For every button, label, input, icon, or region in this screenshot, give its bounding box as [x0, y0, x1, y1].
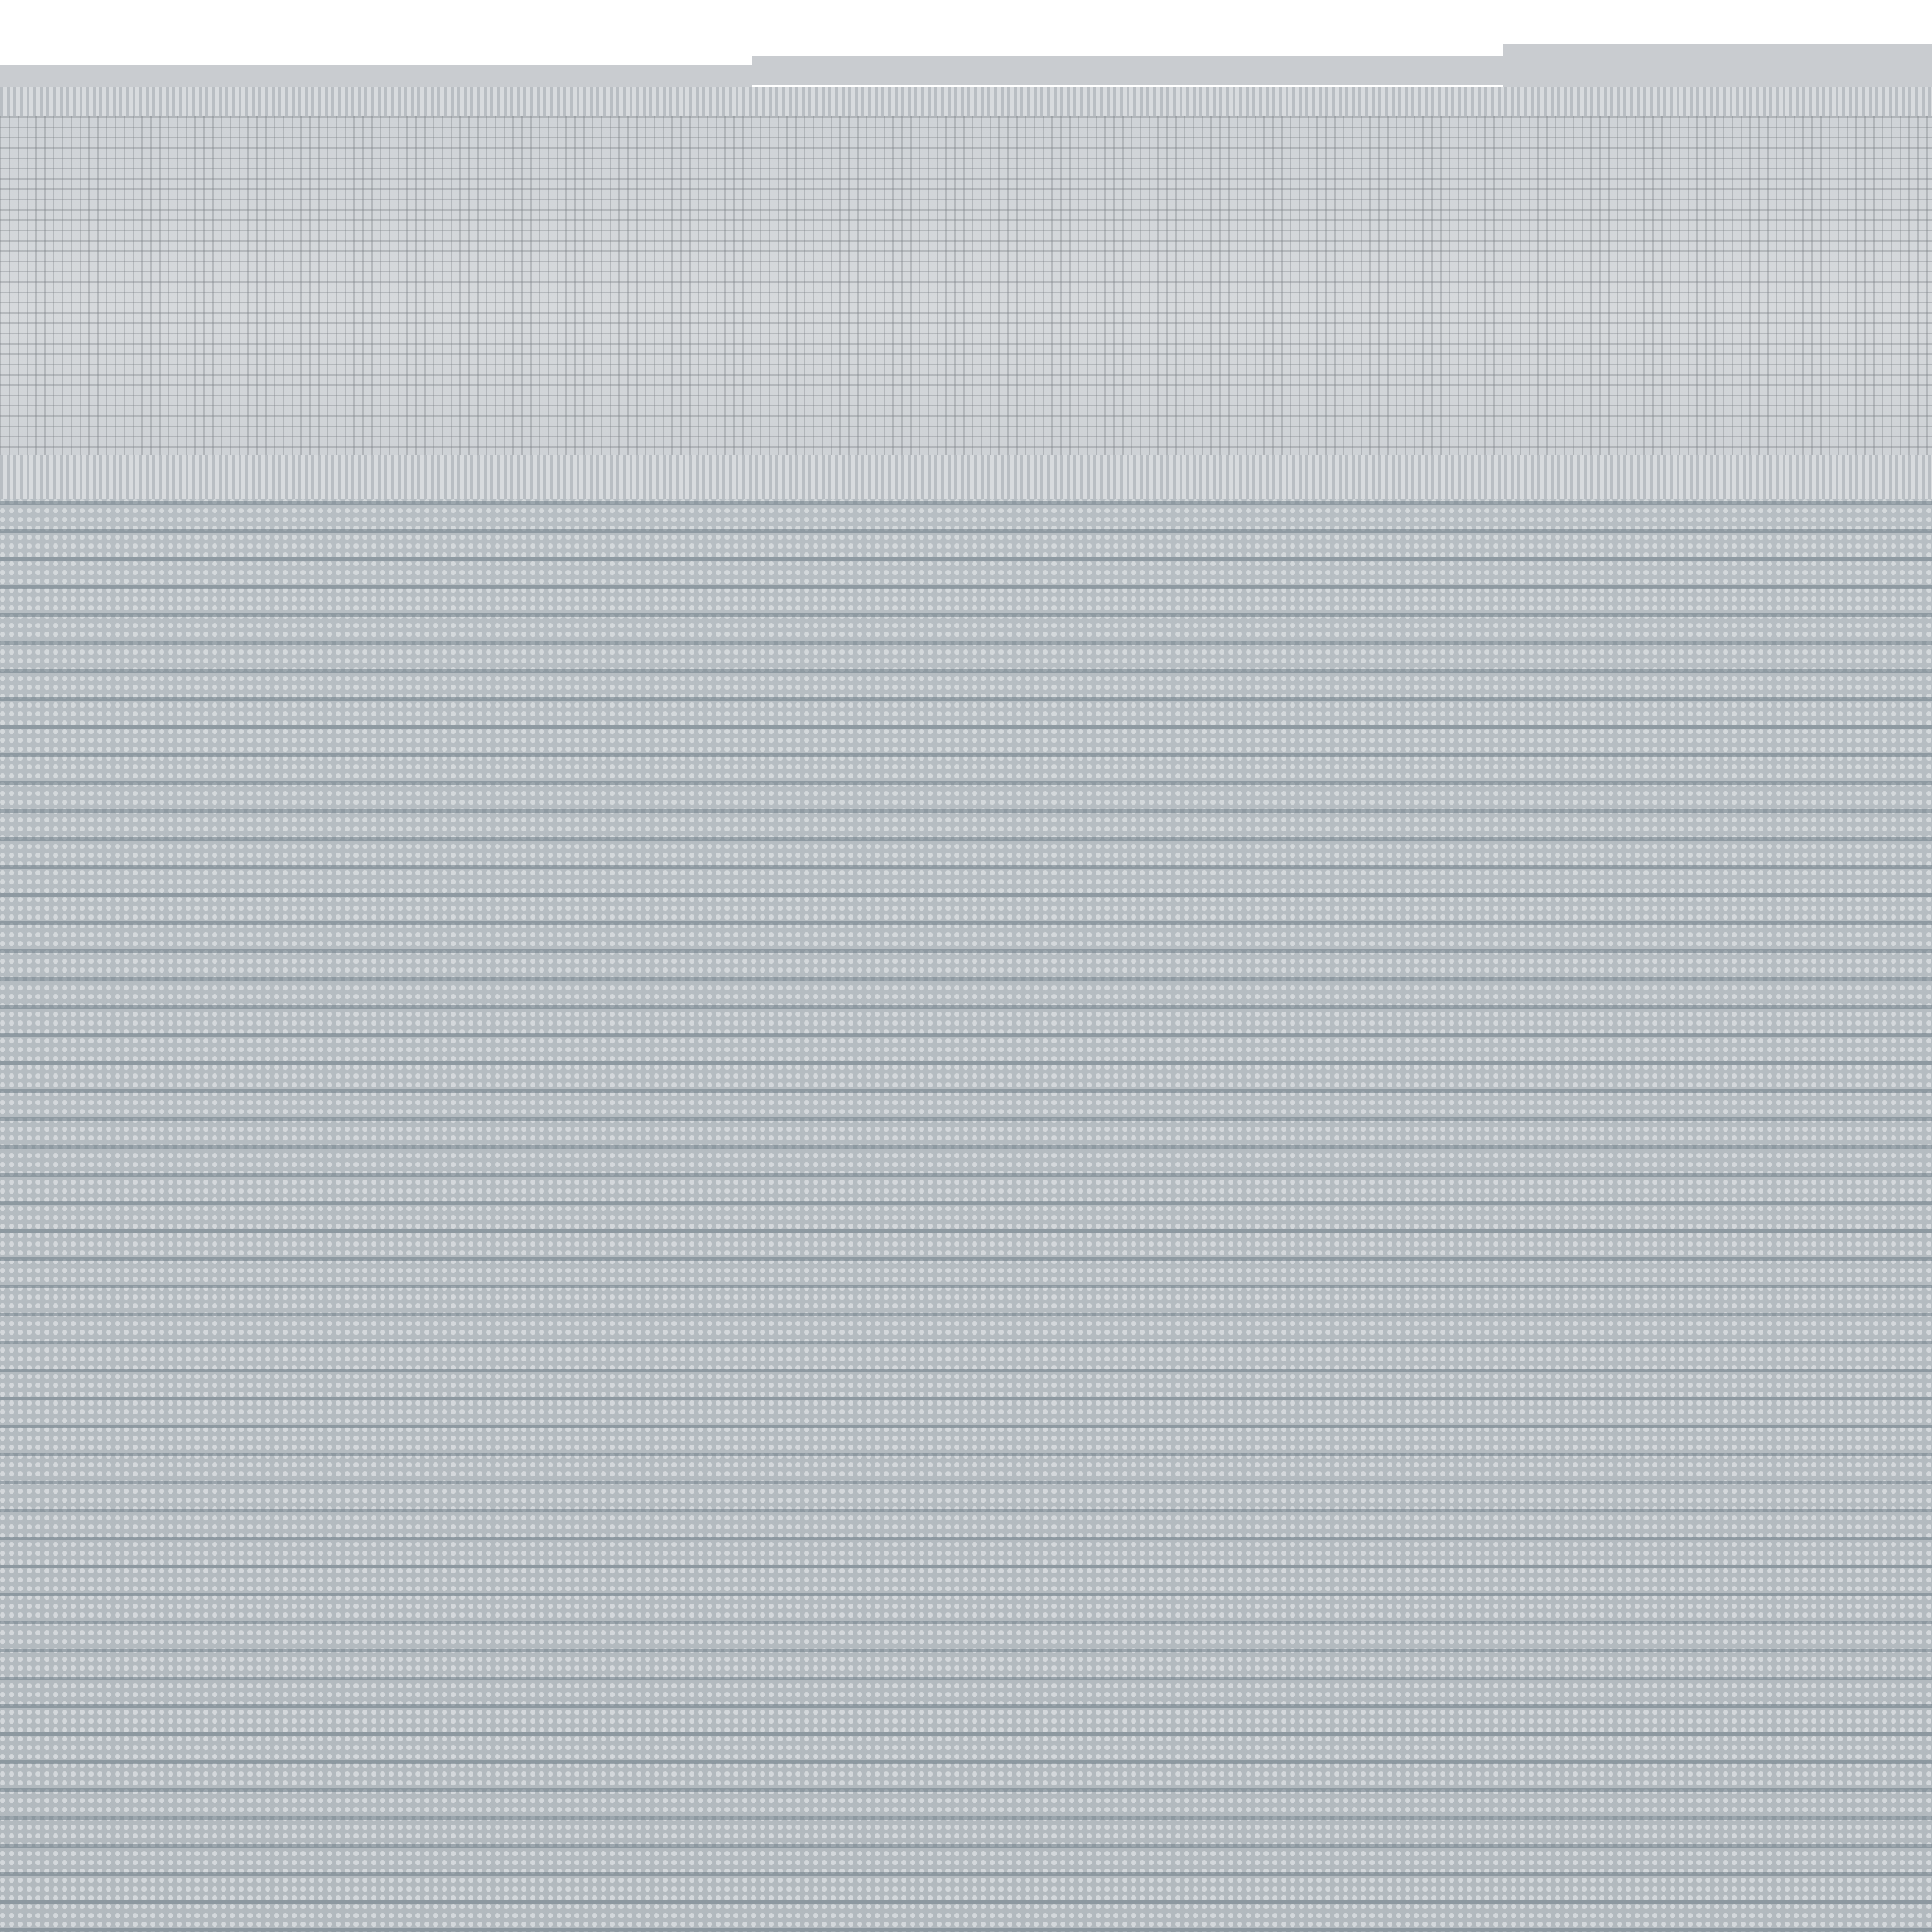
rug	[0, 87, 1932, 1932]
backdrop-middle	[752, 56, 1503, 85]
pile-field	[0, 499, 1932, 1932]
backdrop-right	[1503, 44, 1932, 88]
border-edge	[0, 455, 1932, 499]
woven-border	[0, 116, 1932, 499]
